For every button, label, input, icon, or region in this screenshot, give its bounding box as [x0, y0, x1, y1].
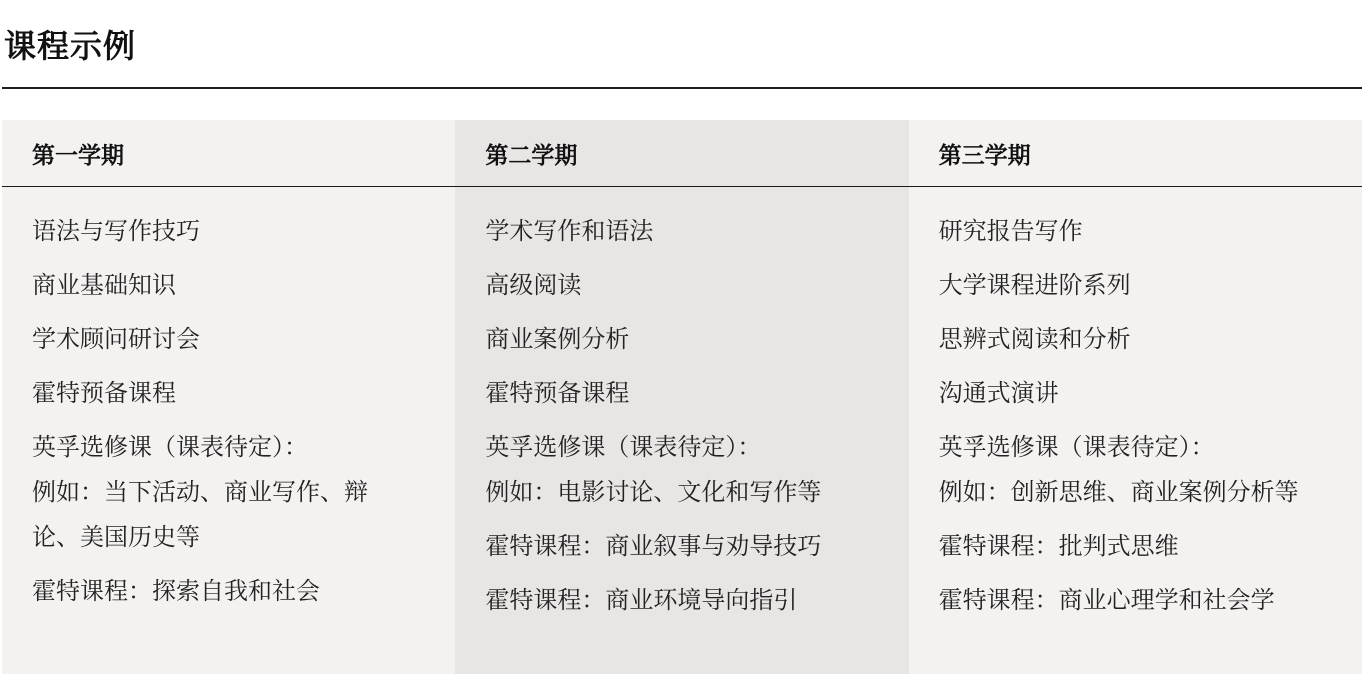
semester-column-1: 第一学期 语法与写作技巧 商业基础知识 学术顾问研讨会 霍特预备课程 英孚选修课…	[2, 120, 455, 674]
course-list: 研究报告写作 大学课程进阶系列 思辨式阅读和分析 沟通式演讲 英孚选修课（课表待…	[909, 187, 1362, 623]
course-item: 英孚选修课（课表待定）： 例如：电影讨论、文化和写作等	[485, 425, 880, 515]
semester-column-2: 第二学期 学术写作和语法 高级阅读 商业案例分析 霍特预备课程 英孚选修课（课表…	[455, 120, 908, 674]
semester-header: 第二学期	[455, 120, 908, 187]
semester-column-3: 第三学期 研究报告写作 大学课程进阶系列 思辨式阅读和分析 沟通式演讲 英孚选修…	[909, 120, 1362, 674]
semester-header: 第三学期	[909, 120, 1362, 187]
course-item: 思辨式阅读和分析	[939, 317, 1334, 362]
course-item: 霍特课程：商业心理学和社会学	[939, 578, 1334, 623]
course-item: 商业基础知识	[32, 263, 427, 308]
course-item: 学术写作和语法	[485, 209, 880, 254]
semester-header-label: 第一学期	[32, 137, 124, 170]
course-item: 霍特预备课程	[32, 371, 427, 416]
course-item: 英孚选修课（课表待定）： 例如：创新思维、商业案例分析等	[939, 425, 1334, 515]
course-item: 霍特课程：商业环境导向指引	[485, 578, 880, 623]
semester-header-label: 第二学期	[485, 137, 577, 170]
course-item: 霍特预备课程	[485, 371, 880, 416]
course-item: 语法与写作技巧	[32, 209, 427, 254]
course-item: 大学课程进阶系列	[939, 263, 1334, 308]
course-list: 学术写作和语法 高级阅读 商业案例分析 霍特预备课程 英孚选修课（课表待定）： …	[455, 187, 908, 623]
course-item: 霍特课程：批判式思维	[939, 524, 1334, 569]
course-item: 英孚选修课（课表待定）： 例如：当下活动、商业写作、辩 论、美国历史等	[32, 425, 427, 560]
course-item: 商业案例分析	[485, 317, 880, 362]
course-item: 沟通式演讲	[939, 371, 1334, 416]
semester-header: 第一学期	[2, 120, 455, 187]
semester-header-label: 第三学期	[939, 137, 1031, 170]
course-item: 霍特课程：商业叙事与劝导技巧	[485, 524, 880, 569]
curriculum-table: 第一学期 语法与写作技巧 商业基础知识 学术顾问研讨会 霍特预备课程 英孚选修课…	[2, 120, 1362, 674]
course-item: 学术顾问研讨会	[32, 317, 427, 362]
course-item: 研究报告写作	[939, 209, 1334, 254]
course-item: 霍特课程：探索自我和社会	[32, 569, 427, 614]
course-list: 语法与写作技巧 商业基础知识 学术顾问研讨会 霍特预备课程 英孚选修课（课表待定…	[2, 187, 455, 614]
title-divider	[2, 87, 1362, 89]
page-title: 课程示例	[4, 26, 136, 66]
course-item: 高级阅读	[485, 263, 880, 308]
